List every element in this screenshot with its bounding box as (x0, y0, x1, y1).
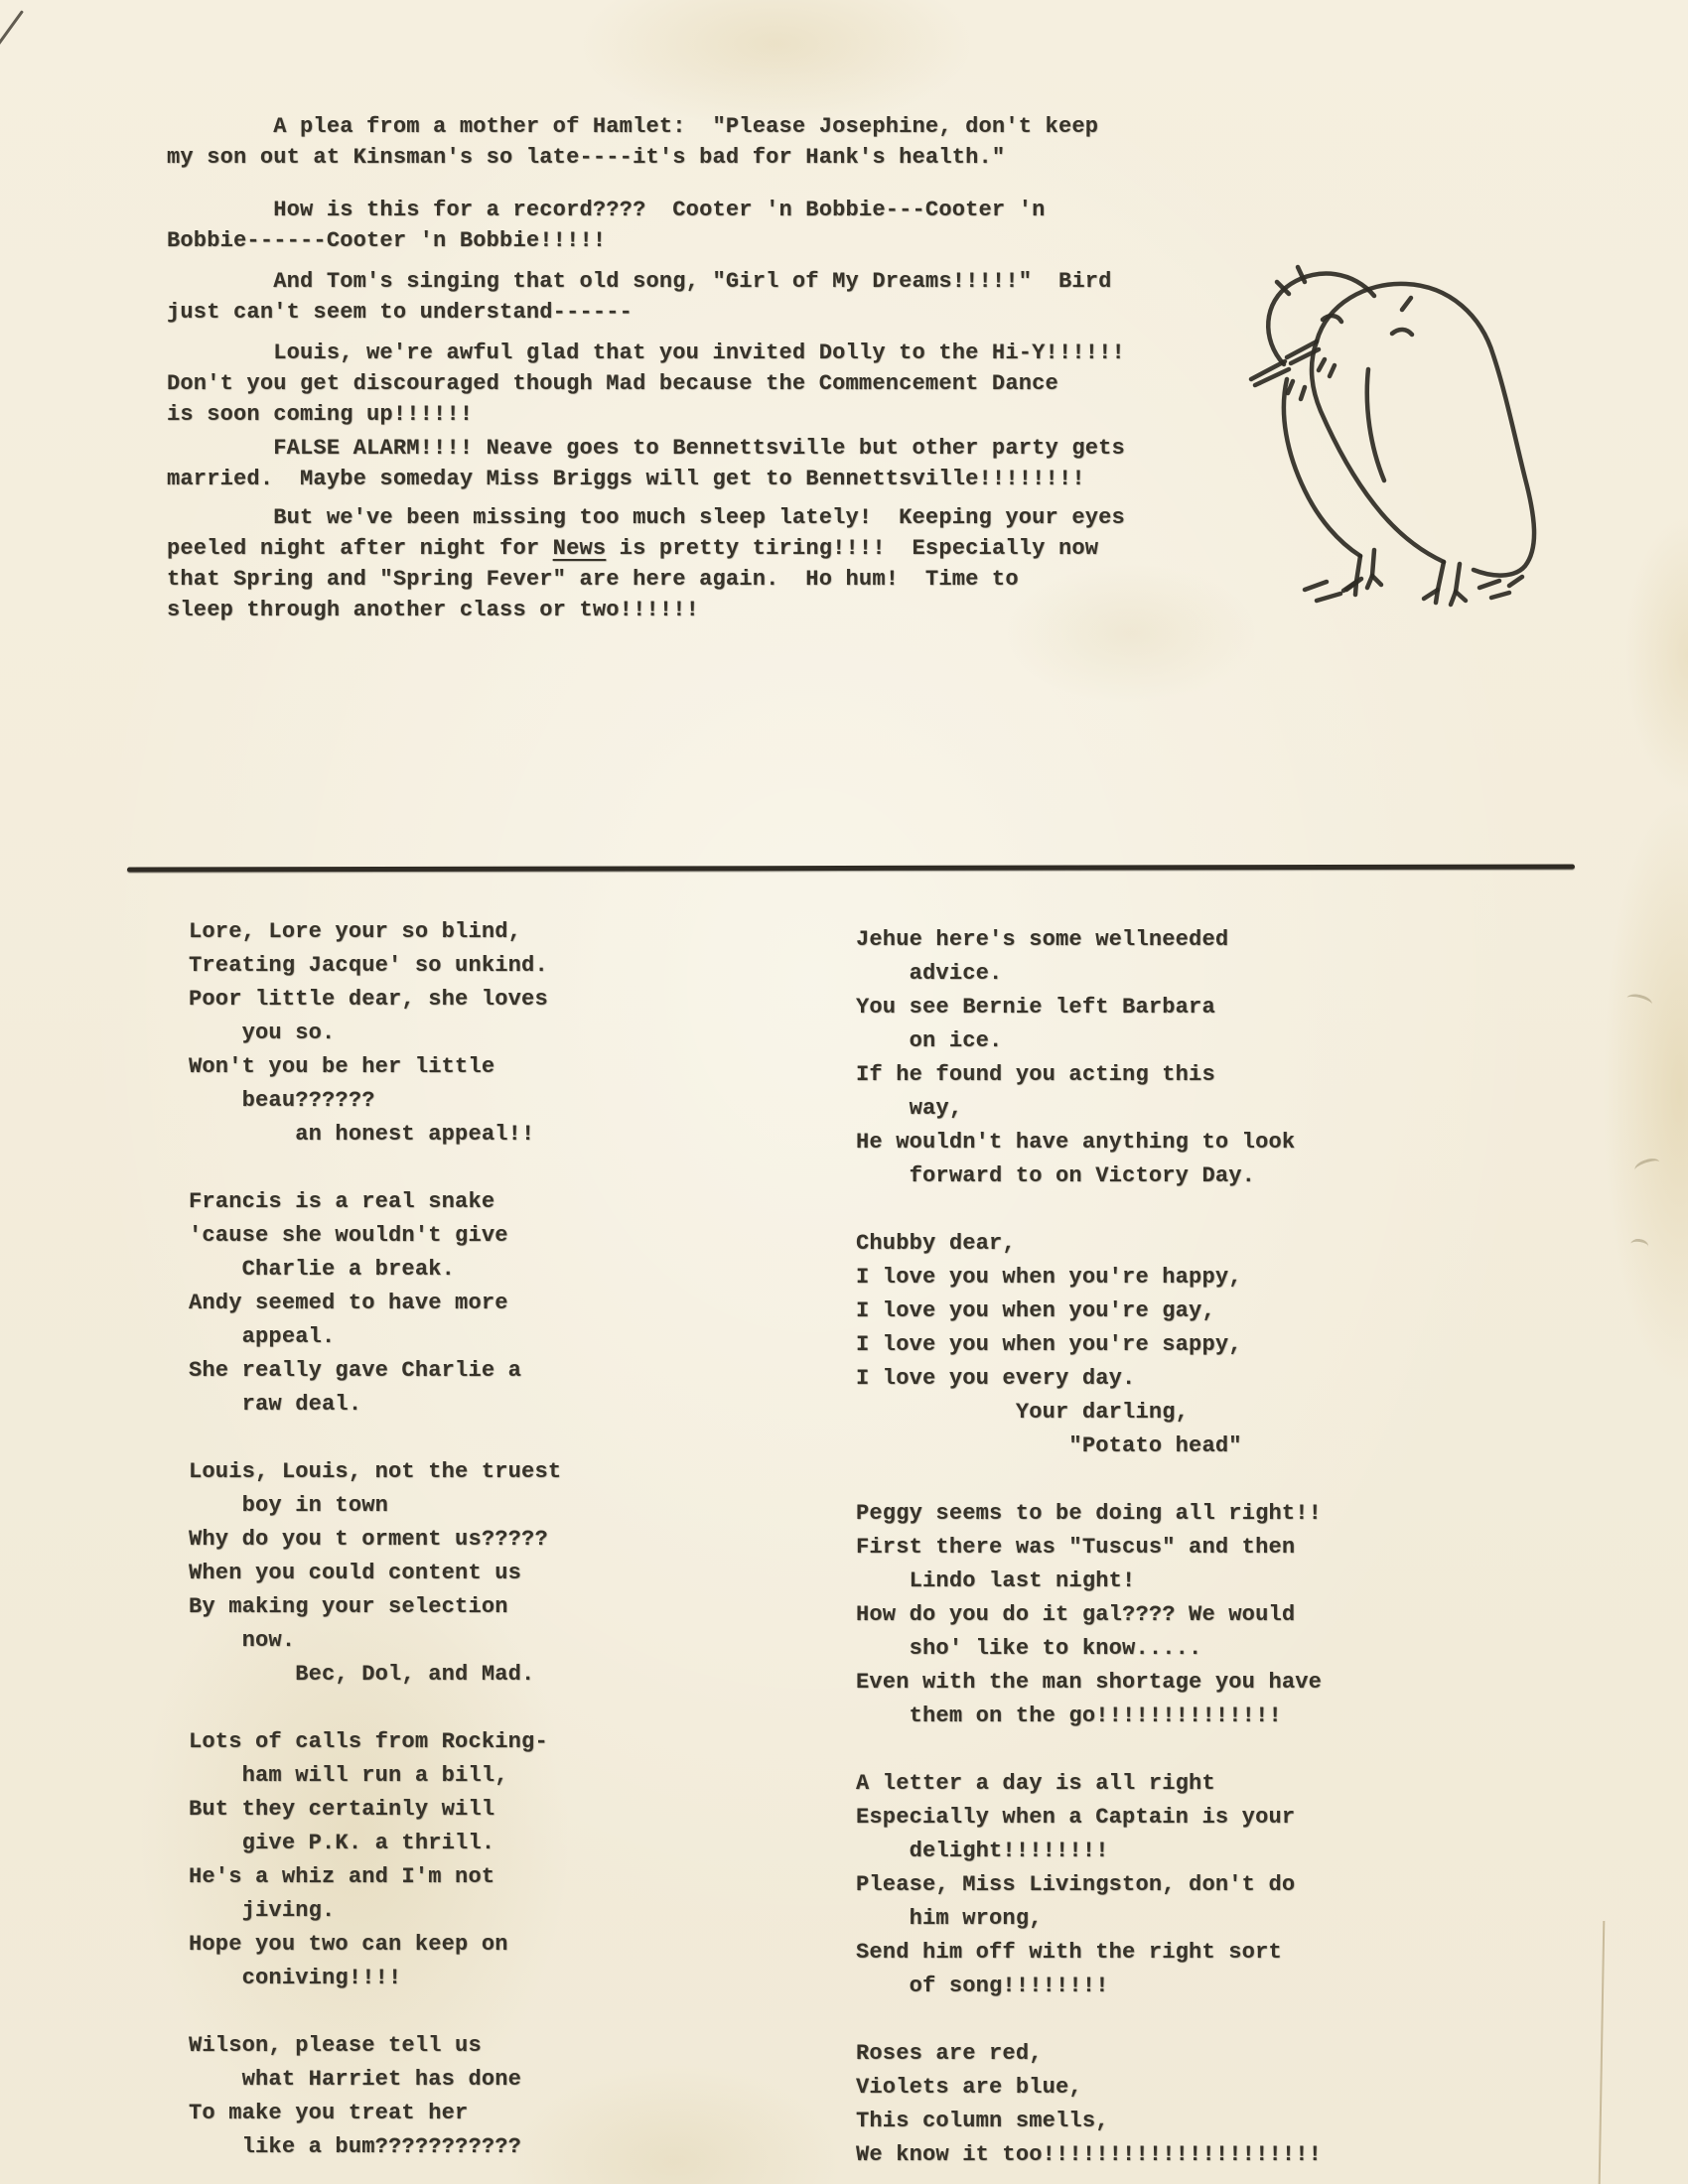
left-column-verses: Lore, Lore your so blind, Treating Jacqu… (189, 915, 561, 2164)
paragraph-song: And Tom's singing that old song, "Girl o… (167, 266, 1112, 328)
margin-pencil-mark (1625, 992, 1653, 1011)
paper-crease (1599, 1921, 1606, 2184)
margin-pencil-mark (1629, 1238, 1649, 1253)
two-chicks-icon (1190, 240, 1599, 610)
paragraph-plea: A plea from a mother of Hamlet: "Please … (167, 111, 1098, 173)
paragraph-louis: Louis, we're awful glad that you invited… (167, 338, 1125, 430)
margin-pencil-mark (1633, 1156, 1662, 1175)
right-column-verses: Jehue here's some wellneeded advice. You… (856, 923, 1322, 2172)
paragraph-sleep: But we've been missing too much sleep la… (167, 502, 1125, 625)
scanned-newsletter-page: A plea from a mother of Hamlet: "Please … (0, 0, 1688, 2184)
section-divider-rule (127, 864, 1575, 872)
paragraph-record: How is this for a record???? Cooter 'n B… (167, 195, 1046, 256)
corner-pen-mark (0, 10, 24, 54)
underlined-news-word: News (553, 536, 607, 561)
paragraph-false-alarm: FALSE ALARM!!!! Neave goes to Bennettsvi… (167, 433, 1125, 494)
